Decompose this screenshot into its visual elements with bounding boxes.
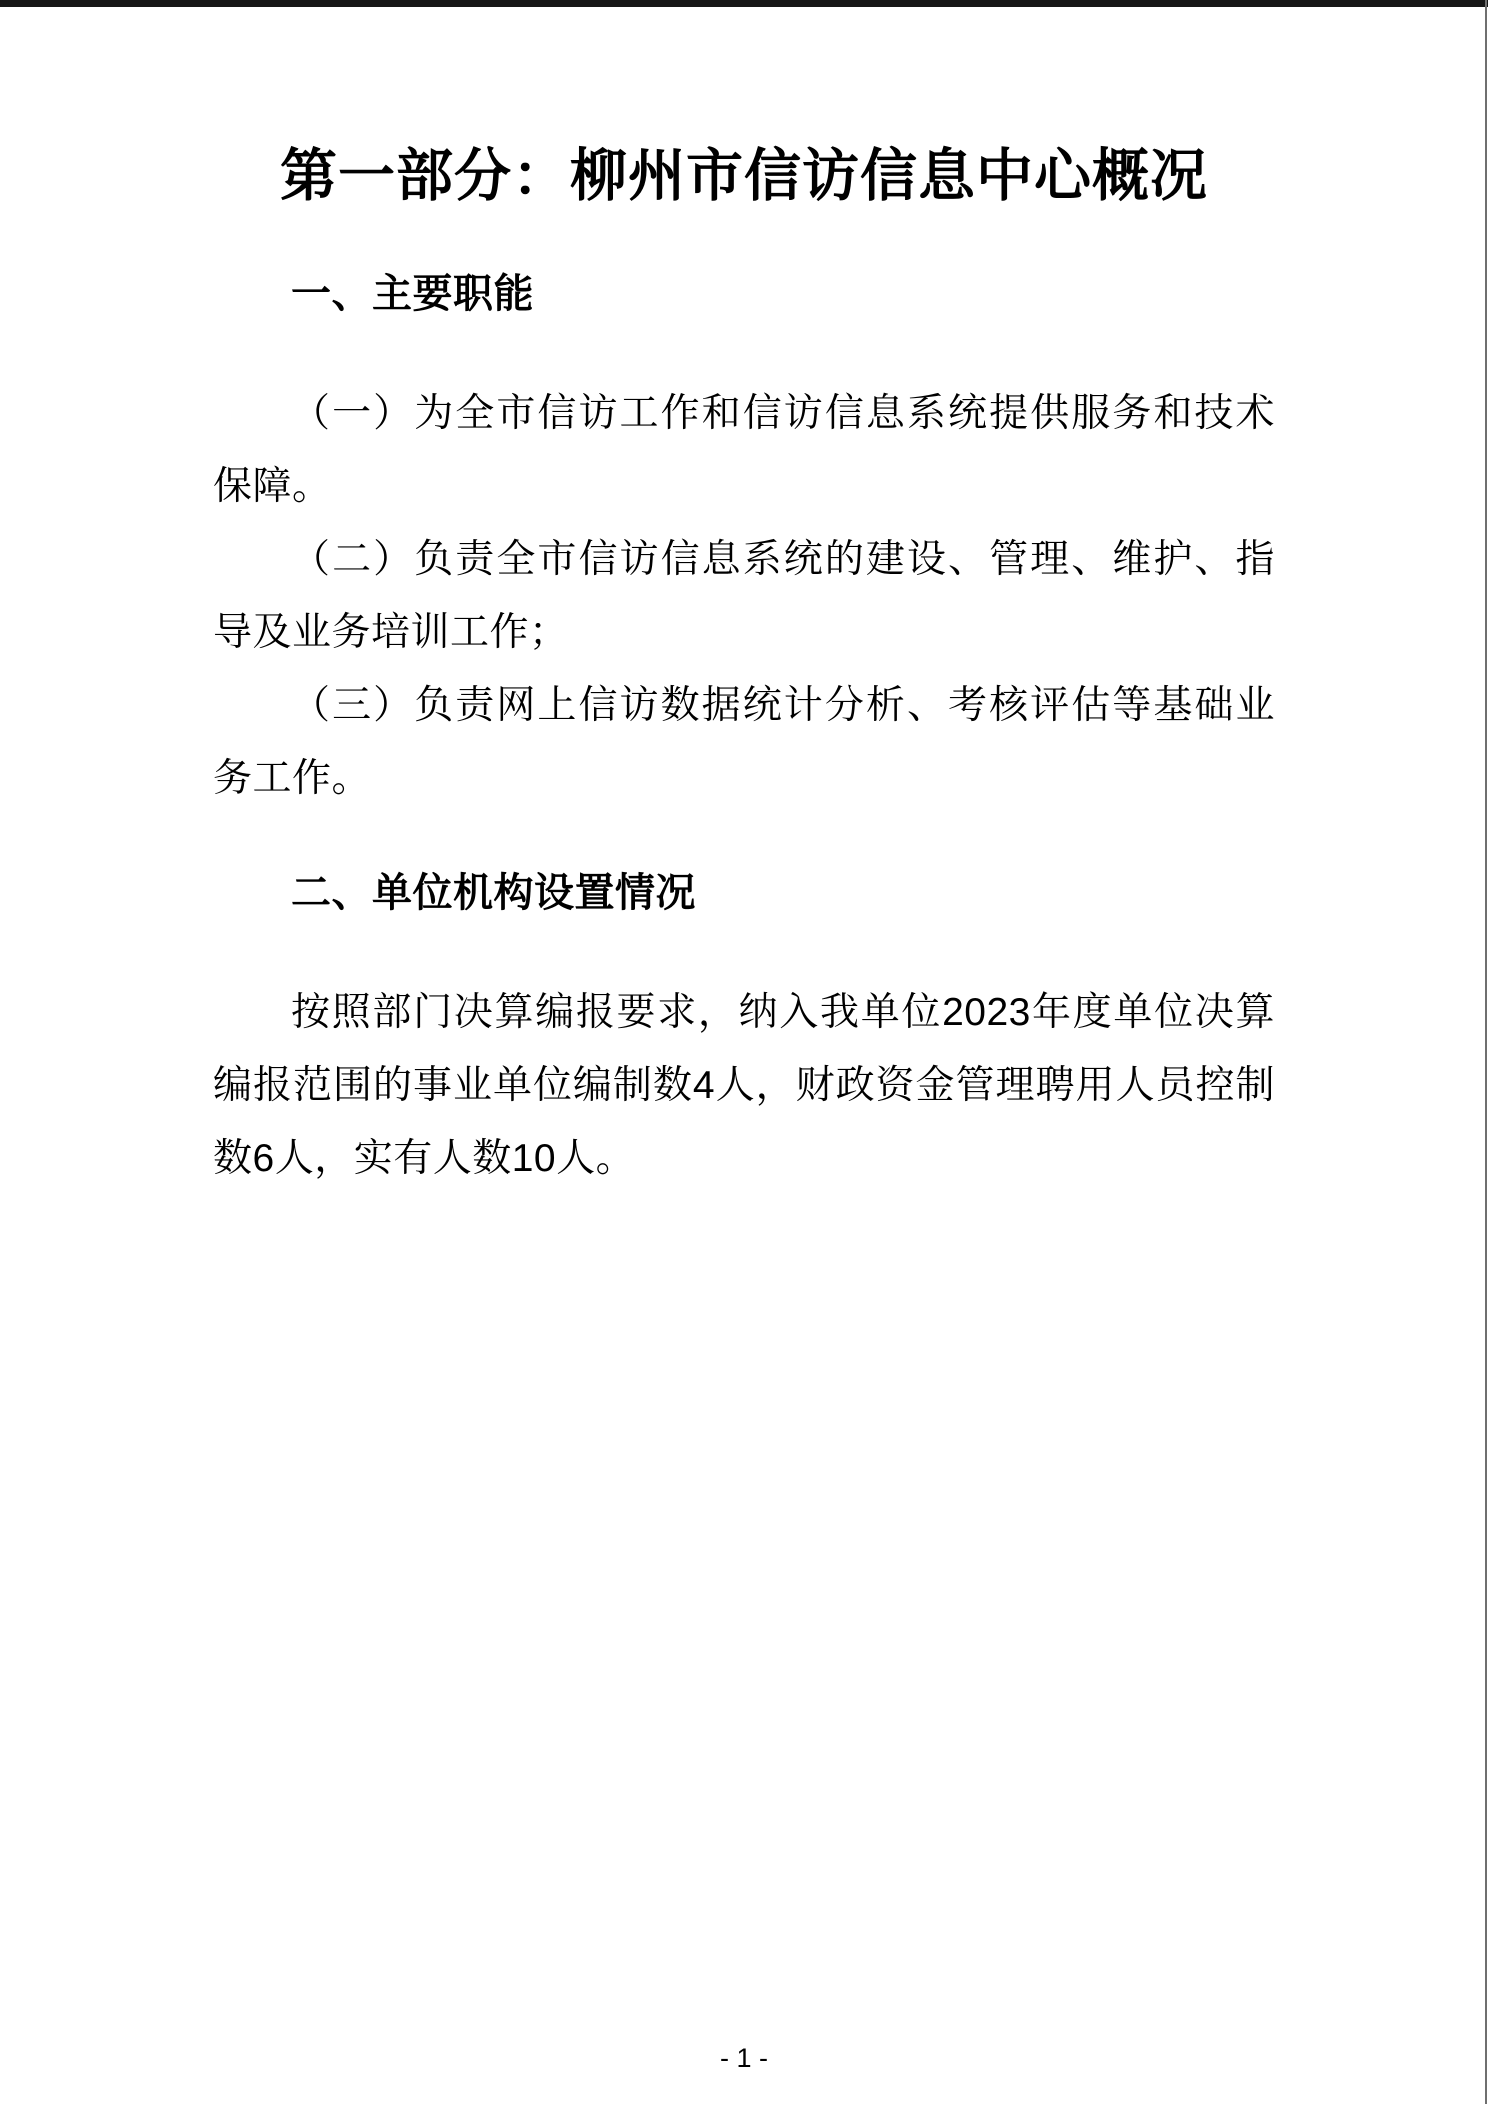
paragraph-duty-1: （一）为全市信访工作和信访信息系统提供服务和技术保障。 bbox=[213, 377, 1275, 523]
document-title: 第一部分：柳州市信访信息中心概况 bbox=[213, 0, 1275, 216]
paragraph-org-setup: 按照部门决算编报要求，纳入我单位2023年度单位决算编报范围的事业单位编制数4人… bbox=[213, 976, 1275, 1195]
document-page: 第一部分：柳州市信访信息中心概况 一、主要职能 （一）为全市信访工作和信访信息系… bbox=[0, 0, 1488, 2104]
document-body: 第一部分：柳州市信访信息中心概况 一、主要职能 （一）为全市信访工作和信访信息系… bbox=[0, 0, 1488, 1195]
paragraph-duty-2: （二）负责全市信访信息系统的建设、管理、维护、指导及业务培训工作； bbox=[213, 523, 1275, 669]
paragraph-duty-3: （三）负责网上信访数据统计分析、考核评估等基础业务工作。 bbox=[213, 669, 1275, 815]
section-heading-org-setup: 二、单位机构设置情况 bbox=[213, 857, 1275, 930]
section-heading-main-duties: 一、主要职能 bbox=[213, 258, 1275, 331]
page-number: - 1 - bbox=[0, 2040, 1488, 2076]
